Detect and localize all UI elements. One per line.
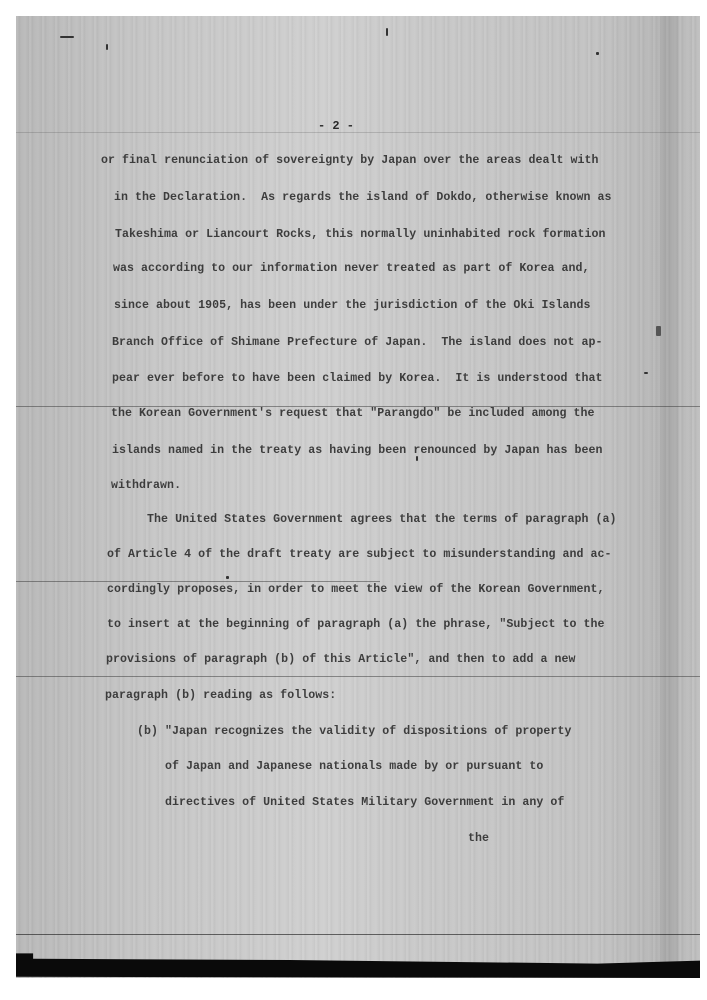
text-line-7: pear ever before to have been claimed by… [112,372,603,385]
text-line-18: of Japan and Japanese nationals made by … [165,760,543,773]
text-line-10: withdrawn. [111,479,181,492]
scan-speck [386,28,388,36]
text-line-1: or final renunciation of sovereignty by … [101,154,599,167]
scan-speck [644,372,648,374]
scan-speck [106,44,108,50]
scan-artifact-line [16,132,700,133]
text-line-6: Branch Office of Shimane Prefecture of J… [112,336,603,349]
text-line-5: since about 1905, has been under the jur… [114,299,591,312]
scan-speck [596,52,599,55]
scan-artifact-line [16,676,700,677]
scan-artifact-line [16,581,380,582]
scan-speck [226,576,229,579]
text-line-12: of Article 4 of the draft treaty are sub… [107,548,612,561]
scanned-document-page: - 2 - or final renunciation of sovereign… [16,16,700,978]
scan-speck [656,326,661,336]
text-line-13: cordingly proposes, in order to meet the… [107,583,605,596]
text-line-11: The United States Government agrees that… [112,513,617,526]
text-line-2: in the Declaration. As regards the islan… [114,191,612,204]
text-line-3: Takeshima or Liancourt Rocks, this norma… [115,228,606,241]
scan-artifact-line [16,406,700,407]
scan-shadow-band [660,16,678,978]
text-line-14: to insert at the beginning of paragraph … [107,618,605,631]
page-number: - 2 - [318,119,354,133]
text-line-17: (b) "Japan recognizes the validity of di… [137,725,571,738]
text-line-19: directives of United States Military Gov… [165,796,564,809]
scan-speck [60,36,74,38]
scan-speck [416,456,418,461]
text-line-16: paragraph (b) reading as follows: [105,689,336,702]
text-line-15: provisions of paragraph (b) of this Arti… [106,653,576,666]
text-line-8: the Korean Government's request that "Pa… [111,407,595,420]
text-line-4: was according to our information never t… [113,262,590,275]
scan-bottom-black-band [16,948,700,978]
scan-artifact-line [16,934,700,935]
text-line-20: the [468,832,489,845]
text-line-9: islands named in the treaty as having be… [112,444,603,457]
